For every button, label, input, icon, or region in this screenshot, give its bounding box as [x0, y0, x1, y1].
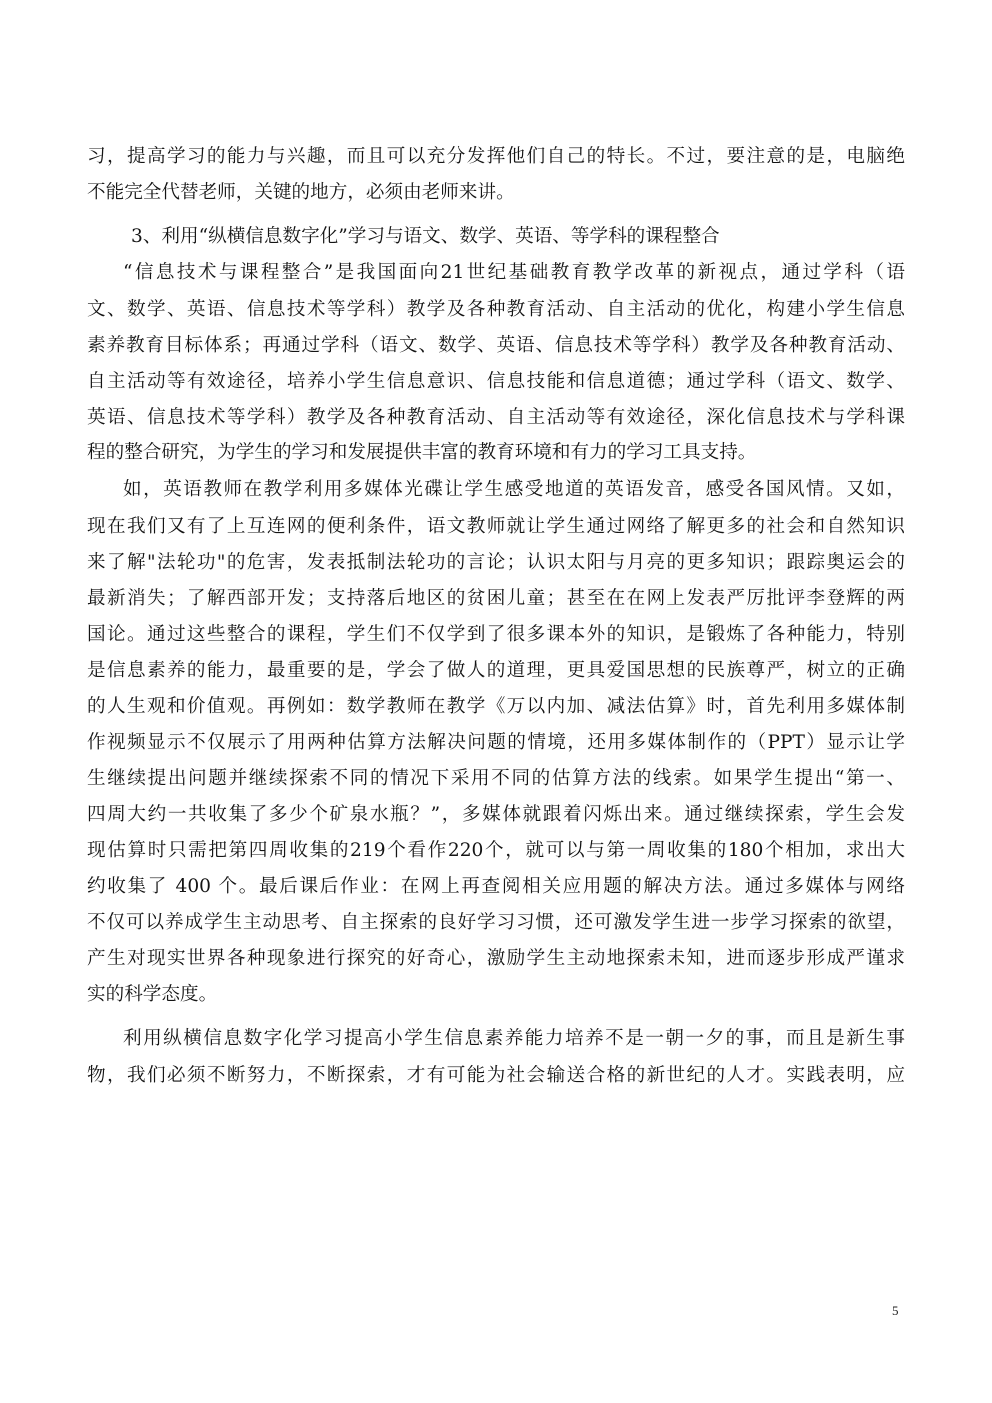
text-line: 文、数学、英语、信息技术等学科）教学及各种教育活动、自主活动的优化，构建小学生信…: [87, 298, 905, 322]
text-line: 不能完全代替老师，关键的地方，必须由老师来讲。: [87, 181, 905, 205]
text-line: 现估算时只需把第四周收集的219个看作220个，就可以与第一周收集的180个相加…: [87, 839, 905, 863]
text-line: 生继续提出问题并继续探索不同的情况下采用不同的估算方法的线索。如果学生提出“第一…: [87, 767, 905, 791]
text-line: 产生对现实世界各种现象进行探究的好奇心，激励学生主动地探索未知，进而逐步形成严谨…: [87, 947, 905, 971]
section-heading: 3、利用“纵横信息数字化”学习与语文、数学、英语、等学科的课程整合: [131, 225, 831, 249]
text-line: 最新消失；了解西部开发；支持落后地区的贫困儿童；甚至在在网上发表严厉批评李登辉的…: [87, 587, 905, 611]
text-line: 实的科学态度。: [87, 983, 905, 1007]
text-line: 物，我们必须不断努力，不断探索，才有可能为社会输送合格的新世纪的人才。实践表明，…: [87, 1064, 905, 1088]
text-line: 的人生观和价值观。再例如：数学教师在教学《万以内加、减法估算》时，首先利用多媒体…: [87, 695, 905, 719]
text-line: “信息技术与课程整合”是我国面向21世纪基础教育教学改革的新视点，通过学科（语: [123, 261, 905, 285]
document-page: 习，提高学习的能力与兴趣，而且可以充分发挥他们自己的特长。不过，要注意的是，电脑…: [0, 0, 992, 1403]
text-line: 是信息素养的能力，最重要的是，学会了做人的道理，更具爱国思想的民族尊严，树立的正…: [87, 659, 905, 683]
text-line: 素养教育目标体系；再通过学科（语文、数学、英语、信息技术等学科）教学及各种教育活…: [87, 334, 905, 358]
text-line: 如，英语教师在教学利用多媒体光碟让学生感受地道的英语发音，感受各国风情。又如，: [123, 478, 905, 502]
text-line: 现在我们又有了上互连网的便利条件，语文教师就让学生通过网络了解更多的社会和自然知…: [87, 515, 905, 539]
text-line: 习，提高学习的能力与兴趣，而且可以充分发挥他们自己的特长。不过，要注意的是，电脑…: [87, 145, 905, 169]
text-line: 自主活动等有效途径，培养小学生信息意识、信息技能和信息道德；通过学科（语文、数学…: [87, 370, 905, 394]
page-number: 5: [892, 1303, 899, 1319]
text-line: 作视频显示不仅展示了用两种估算方法解决问题的情境，还用多媒体制作的（PPT）显示…: [87, 731, 905, 755]
text-line: 利用纵横信息数字化学习提高小学生信息素养能力培养不是一朝一夕的事，而且是新生事: [123, 1027, 905, 1051]
text-line: 不仅可以养成学生主动思考、自主探索的良好学习习惯，还可激发学生进一步学习探索的欲…: [87, 911, 905, 935]
text-line: 英语、信息技术等学科）教学及各种教育活动、自主活动等有效途径，深化信息技术与学科…: [87, 406, 905, 430]
text-line: 来了解"法轮功"的危害，发表抵制法轮功的言论；认识太阳与月亮的更多知识；跟踪奥运…: [87, 551, 905, 575]
text-line: 程的整合研究，为学生的学习和发展提供丰富的教育环境和有力的学习工具支持。: [87, 441, 905, 465]
text-line: 国论。通过这些整合的课程，学生们不仅学到了很多课本外的知识，是锻炼了各种能力，特…: [87, 623, 905, 647]
text-line: 约收集了 400 个。最后课后作业：在网上再查阅相关应用题的解决方法。通过多媒体…: [87, 875, 905, 899]
text-line: 四周大约一共收集了多少个矿泉水瓶？”，多媒体就跟着闪烁出来。通过继续探索，学生会…: [87, 803, 905, 827]
